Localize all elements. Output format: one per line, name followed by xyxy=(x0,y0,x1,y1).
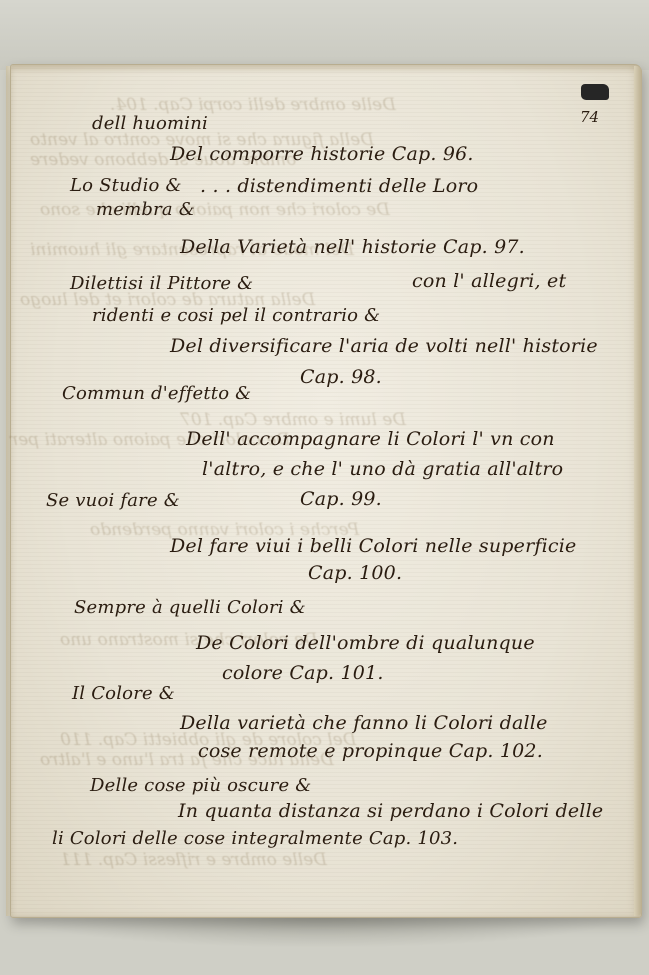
bleed-through-text: Delle ombre e riflessi Cap. 111 xyxy=(60,850,327,870)
chapter-entry: cose remote e propinque Cap. 102. xyxy=(198,740,543,762)
chapter-entry: De Colori dell'ombre di qualunque xyxy=(196,632,535,654)
chapter-entry: Del diversificare l'aria de volti nell' … xyxy=(170,335,598,357)
bleed-through-text: De lumi e ombre Cap. 107 xyxy=(180,410,406,430)
margin-note: Delle cose più oscure & xyxy=(90,775,311,796)
chapter-entry: Del comporre historie Cap. 96. xyxy=(170,143,474,165)
folio-number: 74 xyxy=(580,108,599,126)
margin-note: membra & xyxy=(96,199,195,220)
page-shadow xyxy=(20,918,620,948)
margin-note: Sempre à quelli Colori & xyxy=(74,597,306,618)
margin-note: Il Colore & xyxy=(72,683,175,704)
chapter-entry: Cap. 100. xyxy=(308,562,402,584)
chapter-entry: colore Cap. 101. xyxy=(222,662,384,684)
chapter-entry: con l' allegri, et xyxy=(412,270,566,292)
background-top xyxy=(0,0,649,70)
page-edge-right xyxy=(634,66,642,916)
margin-note: dell huomini xyxy=(92,113,208,134)
chapter-entry: Cap. 98. xyxy=(300,366,382,388)
chapter-entry: Del fare viui i belli Colori nelle super… xyxy=(170,535,576,557)
margin-note: li Colori delle cose integralmente Cap. … xyxy=(52,828,458,849)
bleed-through-text: Delle ombre delli corpi Cap. 104. xyxy=(110,95,396,115)
chapter-entry: Cap. 99. xyxy=(300,488,382,510)
chapter-entry: In quanta distanza si perdano i Colori d… xyxy=(178,800,603,822)
margin-note: ridenti e cosi pel il contrario & xyxy=(92,305,380,326)
bleed-through-text: De colori che non paiono quelli che sono xyxy=(40,200,390,220)
margin-note: Lo Studio & xyxy=(70,175,182,196)
ink-stamp xyxy=(581,84,609,100)
chapter-entry: Della Varietà nell' historie Cap. 97. xyxy=(180,236,525,258)
margin-note: Commun d'effetto & xyxy=(62,383,251,404)
chapter-entry: . . . distendimenti delle Loro xyxy=(200,175,478,197)
chapter-entry: l'altro, e che l' uno dà gratia all'altr… xyxy=(202,458,563,480)
margin-note: Se vuoi fare & xyxy=(46,490,180,511)
margin-note: Dilettisi il Pittore & xyxy=(70,273,253,294)
chapter-entry: Dell' accompagnare li Colori l' vn con xyxy=(186,428,555,450)
chapter-entry: Della varietà che fanno li Colori dalle xyxy=(180,712,548,734)
